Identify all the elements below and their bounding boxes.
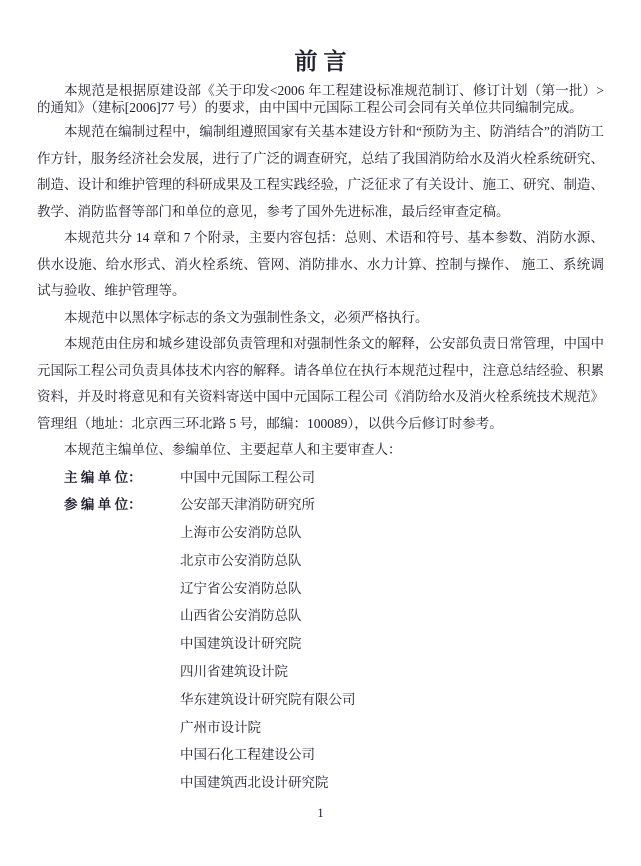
paragraph-units-intro: 本规范主编单位、参编单位、主要起草人和主要审查人： bbox=[37, 437, 604, 464]
participant-unit: 山西省公安消防总队 bbox=[180, 602, 604, 630]
paragraph-basis: 本规范是根据原建设部《关于印发<2006 年工程建设标准规范制订、修订计划（第一… bbox=[37, 82, 604, 116]
paragraph-mandatory-clauses: 本规范中以黑体字标志的条文为强制性条文，必须严格执行。 bbox=[37, 305, 604, 332]
participant-unit: 上海市公安消防总队 bbox=[180, 519, 604, 547]
participant-units-row: 参 编 单 位： 公安部天津消防研究所 bbox=[37, 491, 604, 519]
participant-unit: 华东建筑设计研究院有限公司 bbox=[180, 686, 604, 714]
participant-unit: 中国建筑西北设计研究院 bbox=[180, 769, 604, 797]
paragraph-administration: 本规范由住房和城乡建设部负责管理和对强制性条文的解释，公安部负责日常管理，中国中… bbox=[37, 331, 604, 437]
participant-units-label: 参 编 单 位： bbox=[64, 491, 180, 519]
participant-unit: 辽宁省公安消防总队 bbox=[180, 575, 604, 603]
participant-unit: 中国建筑设计研究院 bbox=[180, 630, 604, 658]
page-number: 1 bbox=[0, 806, 641, 821]
participant-unit: 中国石化工程建设公司 bbox=[180, 741, 604, 769]
page-content: 前言 本规范是根据原建设部《关于印发<2006 年工程建设标准规范制订、修订计划… bbox=[37, 44, 604, 797]
participant-unit: 北京市公安消防总队 bbox=[180, 547, 604, 575]
participant-unit: 广州市设计院 bbox=[180, 714, 604, 742]
page-title: 前言 bbox=[37, 44, 604, 78]
paragraph-contents-overview: 本规范共分 14 章和 7 个附录，主要内容包括：总则、术语和符号、基本参数、消… bbox=[37, 225, 604, 305]
document-page: 前言 本规范是根据原建设部《关于印发<2006 年工程建设标准规范制订、修订计划… bbox=[0, 0, 641, 866]
chief-editor-value: 中国中元国际工程公司 bbox=[180, 464, 315, 492]
chief-editor-label: 主 编 单 位： bbox=[64, 464, 180, 492]
participant-unit: 公安部天津消防研究所 bbox=[180, 491, 315, 519]
participant-unit: 四川省建筑设计院 bbox=[180, 658, 604, 686]
chief-editor-row: 主 编 单 位： 中国中元国际工程公司 bbox=[37, 464, 604, 492]
paragraph-drafting-process: 本规范在编制过程中，编制组遵照国家有关基本建设方针和“预防为主、防消结合”的消防… bbox=[37, 119, 604, 225]
